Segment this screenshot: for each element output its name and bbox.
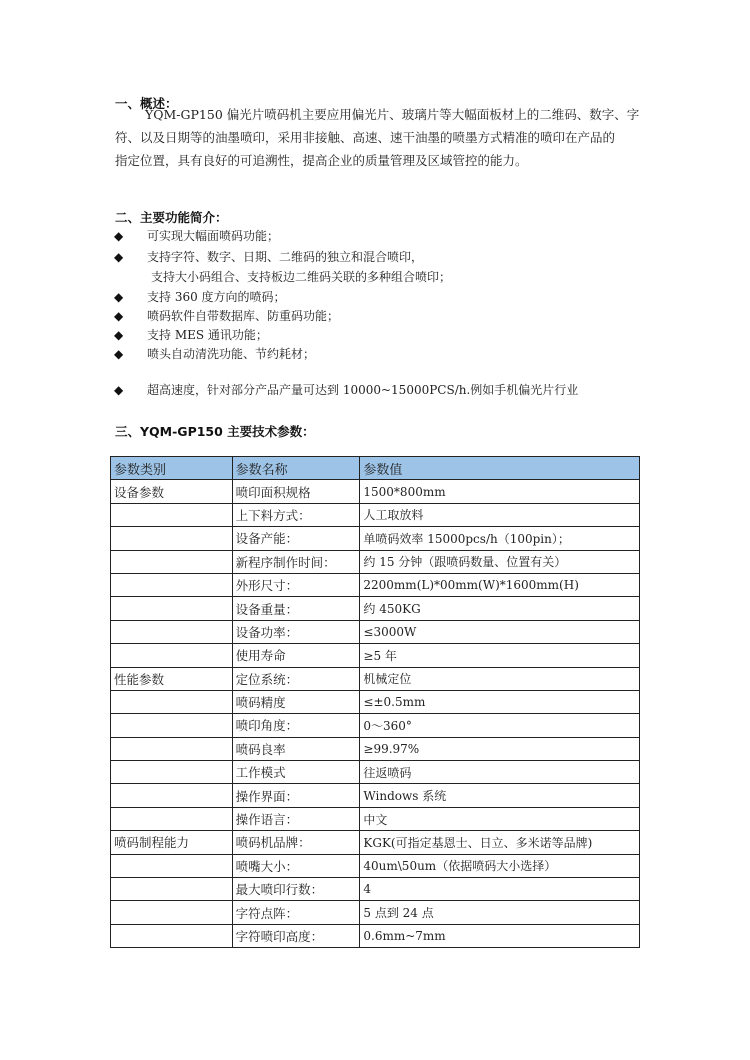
cell-name: 操作语言： (232, 807, 360, 830)
cell-category (111, 807, 233, 830)
table-row: 设备功率：≤3000W (111, 620, 640, 643)
cell-category: 喷码制程能力 (111, 831, 233, 854)
cell-value: 0.6mm~7mm (360, 924, 640, 947)
cell-category (111, 924, 233, 947)
table-row: 性能参数定位系统：机械定位 (111, 667, 640, 690)
cell-value: 约 15 分钟（跟喷码数量、位置有关） (360, 550, 640, 573)
cell-value: 人工取放料 (360, 503, 640, 526)
feature-text: 可实现大幅面喷码功能； (147, 226, 279, 246)
cell-category (111, 714, 233, 737)
cell-value: KGK(可指定基恩士、日立、多米诺等品牌) (360, 831, 640, 854)
feature-text: 支持 MES 通讯功能； (147, 325, 268, 345)
cell-value: Windows 系统 (360, 784, 640, 807)
table-row: 字符点阵：5 点到 24 点 (111, 901, 640, 924)
cell-name: 设备功率： (232, 620, 360, 643)
cell-category (111, 620, 233, 643)
cell-value: ≥99.97% (360, 737, 640, 760)
cell-value: 机械定位 (360, 667, 640, 690)
table-row: 喷码制程能力喷码机品牌：KGK(可指定基恩士、日立、多米诺等品牌) (111, 831, 640, 854)
table-row: 喷码良率≥99.97% (111, 737, 640, 760)
table-row: 新程序制作时间：约 15 分钟（跟喷码数量、位置有关） (111, 550, 640, 573)
cell-name: 喷码良率 (232, 737, 360, 760)
cell-value: 0～360° (360, 714, 640, 737)
diamond-bullet-icon: ◆ (114, 287, 126, 307)
cell-name: 字符点阵： (232, 901, 360, 924)
cell-category (111, 644, 233, 667)
cell-name: 上下料方式： (232, 503, 360, 526)
cell-name: 喷码精度 (232, 690, 360, 713)
cell-value: 1500*800mm (360, 480, 640, 503)
overview-line-1: YQM-GP150 偏光片喷码机主要应用偏光片、玻璃片等大幅面板材上的二维码、数… (145, 103, 639, 126)
cell-category (111, 901, 233, 924)
diamond-bullet-icon: ◆ (114, 380, 126, 400)
document-page: 一、概述： YQM-GP150 偏光片喷码机主要应用偏光片、玻璃片等大幅面板材上… (0, 0, 750, 1060)
feature-text: 支持字符、数字、日期、二维码的独立和混合喷印， (147, 247, 423, 267)
table-row: 字符喷印高度：0.6mm~7mm (111, 924, 640, 947)
table-header-row: 参数类别 参数名称 参数值 (111, 457, 640, 480)
cell-name: 设备重量： (232, 597, 360, 620)
cell-value: 40um\50um（依据喷码大小选择） (360, 854, 640, 877)
diamond-bullet-icon: ◆ (114, 306, 126, 326)
table-row: 设备重量：约 450KG (111, 597, 640, 620)
cell-name: 外形尺寸： (232, 573, 360, 596)
table-row: 喷印角度：0～360° (111, 714, 640, 737)
cell-name: 设备产能： (232, 527, 360, 550)
cell-name: 喷嘴大小： (232, 854, 360, 877)
diamond-bullet-icon: ◆ (114, 226, 126, 246)
specs-table: 参数类别 参数名称 参数值 设备参数喷印面积规格1500*800mm 上下料方式… (110, 456, 640, 948)
cell-value: 2200mm(L)*00mm(W)*1600mm(H) (360, 573, 640, 596)
cell-name: 使用寿命 (232, 644, 360, 667)
specs-heading: 三、YQM-GP150 主要技术参数： (115, 422, 315, 440)
cell-category (111, 573, 233, 596)
table-row: 工作模式往返喷码 (111, 761, 640, 784)
feature-text: 超高速度，针对部分产品产量可达到 10000~15000PCS/h.例如手机偏光… (147, 380, 578, 400)
table-row: 喷嘴大小：40um\50um（依据喷码大小选择） (111, 854, 640, 877)
cell-category: 设备参数 (111, 480, 233, 503)
cell-category: 性能参数 (111, 667, 233, 690)
overview-line-3: 指定位置，具有良好的可追溯性，提高企业的质量管理及区域管控的能力。 (115, 149, 528, 172)
cell-category (111, 597, 233, 620)
overview-line-2: 符、以及日期等的油墨喷印，采用非接触、高速、速干油墨的喷墨方式精准的喷印在产品的 (115, 126, 615, 149)
cell-value: ≤±0.5mm (360, 690, 640, 713)
feature-continuation: 支持大小码组合、支持板边二维码关联的多种组合喷印； (151, 267, 451, 287)
cell-value: 5 点到 24 点 (360, 901, 640, 924)
cell-category (111, 690, 233, 713)
cell-category (111, 737, 233, 760)
cell-value: 中文 (360, 807, 640, 830)
cell-name: 喷码机品牌： (232, 831, 360, 854)
table-row: 最大喷印行数：4 (111, 878, 640, 901)
cell-name: 定位系统： (232, 667, 360, 690)
cell-category (111, 878, 233, 901)
cell-value: ≤3000W (360, 620, 640, 643)
table-row: 设备产能：单喷码效率 15000pcs/h（100pin）； (111, 527, 640, 550)
column-header-value: 参数值 (360, 457, 640, 480)
cell-name: 工作模式 (232, 761, 360, 784)
cell-value: 单喷码效率 15000pcs/h（100pin）； (360, 527, 640, 550)
cell-name: 字符喷印高度： (232, 924, 360, 947)
table-row: 操作界面：Windows 系统 (111, 784, 640, 807)
table-row: 操作语言：中文 (111, 807, 640, 830)
cell-name: 最大喷印行数： (232, 878, 360, 901)
cell-name: 喷印面积规格 (232, 480, 360, 503)
column-header-category: 参数类别 (111, 457, 233, 480)
cell-category (111, 854, 233, 877)
cell-category (111, 503, 233, 526)
table-row: 使用寿命≥5 年 (111, 644, 640, 667)
cell-category (111, 550, 233, 573)
cell-category (111, 784, 233, 807)
cell-name: 喷印角度： (232, 714, 360, 737)
cell-value: 往返喷码 (360, 761, 640, 784)
table-row: 设备参数喷印面积规格1500*800mm (111, 480, 640, 503)
feature-text: 喷码软件自带数据库、防重码功能； (147, 306, 339, 326)
cell-value: 4 (360, 878, 640, 901)
cell-name: 新程序制作时间： (232, 550, 360, 573)
diamond-bullet-icon: ◆ (114, 325, 126, 345)
feature-text: 支持 360 度方向的喷码； (147, 287, 286, 307)
cell-category (111, 761, 233, 784)
diamond-bullet-icon: ◆ (114, 344, 126, 364)
cell-value: ≥5 年 (360, 644, 640, 667)
table-row: 喷码精度≤±0.5mm (111, 690, 640, 713)
cell-value: 约 450KG (360, 597, 640, 620)
column-header-name: 参数名称 (232, 457, 360, 480)
cell-name: 操作界面： (232, 784, 360, 807)
cell-category (111, 527, 233, 550)
table-row: 外形尺寸：2200mm(L)*00mm(W)*1600mm(H) (111, 573, 640, 596)
diamond-bullet-icon: ◆ (114, 247, 126, 267)
feature-text: 喷头自动清洗功能、节约耗材； (147, 344, 315, 364)
table-row: 上下料方式：人工取放料 (111, 503, 640, 526)
features-heading: 二、主要功能简介： (115, 208, 228, 226)
